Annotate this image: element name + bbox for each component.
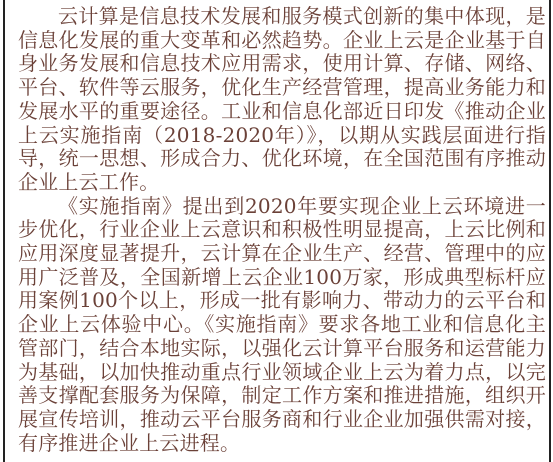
document-page: 云计算是信息技术发展和服务模式创新的集中体现，是信息化发展的重大变革和必然趋势。… (0, 0, 553, 462)
paragraph-implementation-guide-goals: 《实施指南》提出到2020年要实现企业上云环境进一步优化，行业企业上云意识和积极… (18, 195, 546, 456)
document-body-text: 云计算是信息技术发展和服务模式创新的集中体现，是信息化发展的重大变革和必然趋势。… (18, 5, 546, 455)
paragraph-cloud-computing-intro: 云计算是信息技术发展和服务模式创新的集中体现，是信息化发展的重大变革和必然趋势。… (18, 5, 546, 195)
